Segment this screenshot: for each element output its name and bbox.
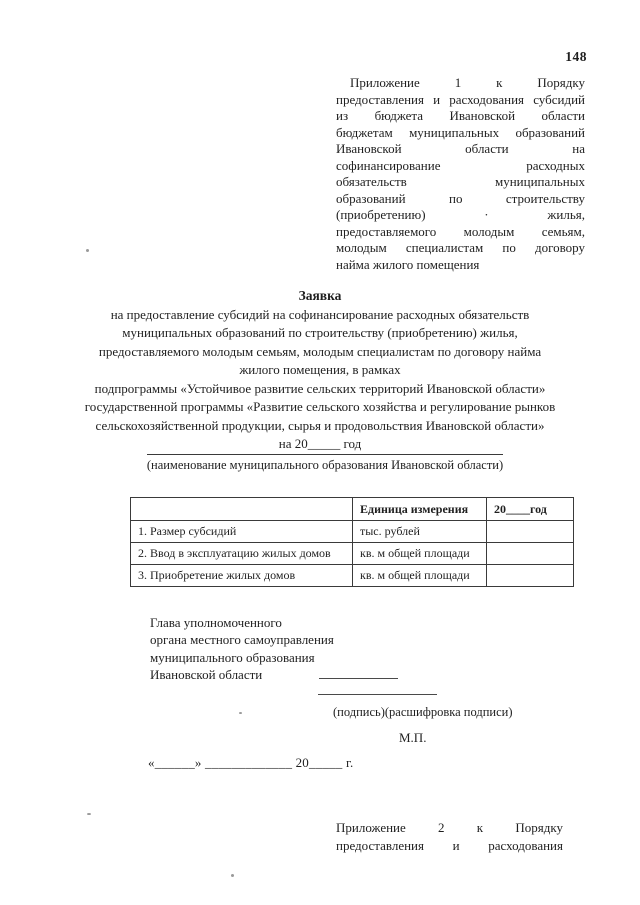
word: образований [336, 191, 406, 208]
word: жилья, [547, 207, 585, 224]
table-cell-value [487, 543, 574, 565]
word: по [449, 191, 462, 208]
page-number: 148 [565, 49, 587, 65]
word: и [433, 92, 440, 109]
word: строительству [506, 191, 585, 208]
word: предоставляемого [336, 224, 436, 241]
text-line: предоставляемого молодым семьям, молодым… [40, 343, 600, 362]
word: софинансирование [336, 158, 440, 175]
table-cell-indicator: 2. Ввод в эксплуатацию жилых домов [131, 543, 353, 565]
table-cell-unit: кв. м общей площади [353, 565, 487, 587]
scan-speck [231, 874, 234, 877]
word: области [465, 141, 508, 158]
table-cell-unit: кв. м общей площади [353, 543, 487, 565]
table-cell-indicator: 1. Размер субсидий [131, 521, 353, 543]
municipality-name-caption: (наименование муниципального образования… [45, 458, 605, 473]
word: 1 [455, 75, 462, 92]
word: предоставления [336, 92, 424, 109]
text-line: бюджетаммуниципальныхобразований [336, 125, 585, 142]
word: молодым [464, 224, 515, 241]
text-line: муниципального образования [150, 649, 334, 666]
municipality-name-blank-line [147, 454, 503, 455]
word: субсидий [533, 92, 585, 109]
table-row: 2. Ввод в эксплуатацию жилых домов кв. м… [131, 543, 574, 565]
table-header-unit: Единица измерения [353, 498, 487, 521]
text-line: образованийпостроительству [336, 191, 585, 208]
table-cell-value [487, 521, 574, 543]
indicators-table: Единица измерения 20____год 1. Размер су… [130, 497, 574, 587]
word: Ивановской [450, 108, 516, 125]
table-body: 1. Размер субсидий тыс. рублей 2. Ввод в… [131, 521, 574, 587]
table-cell-indicator: 3. Приобретение жилых домов [131, 565, 353, 587]
table-header-year: 20____год [487, 498, 574, 521]
word: расходования [449, 92, 524, 109]
appendix-1-reference-block: Приложение1кПорядкупредоставленияирасход… [336, 75, 585, 273]
word: к [477, 819, 483, 837]
text-line: Ивановскойобластина [336, 141, 585, 158]
scan-speck [239, 712, 242, 714]
word: расходования [488, 837, 563, 855]
word: муниципальных [409, 125, 499, 142]
document-page: 148 Приложение1кПорядкупредоставленияира… [0, 0, 640, 905]
word: предоставления [336, 837, 424, 855]
scan-speck [87, 813, 91, 815]
text-line: Приложение2кПорядку [336, 819, 563, 837]
seal-placeholder: М.П. [399, 730, 426, 746]
table-header-indicator [131, 498, 353, 521]
text-line: Приложение1кПорядку [336, 75, 585, 92]
text-line: Глава уполномоченного [150, 614, 334, 631]
text-line: софинансированиерасходных [336, 158, 585, 175]
word: области [542, 108, 585, 125]
word: обязательств [336, 174, 407, 191]
application-subtitle-lines: на предоставление субсидий на софинансир… [40, 306, 600, 454]
text-line: сельскохозяйственной продукции, сырья и … [40, 417, 600, 436]
word: бюджетам [336, 125, 393, 142]
signatory-title-block: Глава уполномоченногооргана местного сам… [150, 614, 334, 683]
signature-caption: (подпись)(расшифровка подписи) [333, 705, 513, 720]
word: специалистам [406, 240, 483, 257]
word: Приложение [336, 819, 406, 837]
word: семьям, [542, 224, 585, 241]
table-head: Единица измерения 20____год [131, 498, 574, 521]
text-line: на предоставление субсидий на софинансир… [40, 306, 600, 325]
word: по [502, 240, 515, 257]
word: из [336, 108, 348, 125]
word: 2 [438, 819, 445, 837]
text-line: молодымспециалистамподоговору [336, 240, 585, 257]
application-title-block: Заявка на предоставление субсидий на соф… [40, 287, 600, 454]
text-line: на 20_____ год [40, 435, 600, 454]
word: Порядку [537, 75, 585, 92]
text-line: подпрограммы «Устойчивое развитие сельск… [40, 380, 600, 399]
text-line: жилого помещения, в рамках [40, 361, 600, 380]
word: образований [515, 125, 585, 142]
text-line: органа местного самоуправления [150, 631, 334, 648]
word: бюджета [375, 108, 423, 125]
text-line: предоставляемогомолодымсемьям, [336, 224, 585, 241]
text-line: обязательствмуниципальных [336, 174, 585, 191]
table-cell-value [487, 565, 574, 587]
text-line: найма жилого помещения [336, 257, 585, 274]
table-row: 1. Размер субсидий тыс. рублей [131, 521, 574, 543]
application-heading: Заявка [40, 287, 600, 306]
scan-speck [86, 249, 89, 252]
table-cell-unit: тыс. рублей [353, 521, 487, 543]
text-line: избюджетаИвановскойобласти [336, 108, 585, 125]
text-line: предоставленияирасходованиясубсидий [336, 92, 585, 109]
word: договору [535, 240, 585, 257]
word: · [484, 207, 488, 224]
text-line: предоставленияирасходования [336, 837, 563, 855]
text-line: (приобретению)·жилья, [336, 207, 585, 224]
word: Ивановской [336, 141, 402, 158]
word: на [572, 141, 585, 158]
signature-blank-line [319, 678, 398, 679]
text-line: Ивановской области [150, 666, 334, 683]
word: молодым [336, 240, 387, 257]
word: Приложение [350, 75, 420, 92]
word: к [496, 75, 502, 92]
date-blank-line: «______» _____________ 20_____ г. [148, 755, 353, 771]
text-line: государственной программы «Развитие сель… [40, 398, 600, 417]
word: расходных [526, 158, 585, 175]
text-line: муниципальных образований по строительст… [40, 324, 600, 343]
word: (приобретению) [336, 207, 426, 224]
table-row: 3. Приобретение жилых домов кв. м общей … [131, 565, 574, 587]
word: муниципальных [495, 174, 585, 191]
word: и [453, 837, 460, 855]
signature-name-blank-line [318, 694, 437, 695]
appendix-2-reference-block: Приложение2кПорядкупредоставленияирасход… [336, 819, 563, 854]
word: Порядку [515, 819, 563, 837]
table-header-row: Единица измерения 20____год [131, 498, 574, 521]
